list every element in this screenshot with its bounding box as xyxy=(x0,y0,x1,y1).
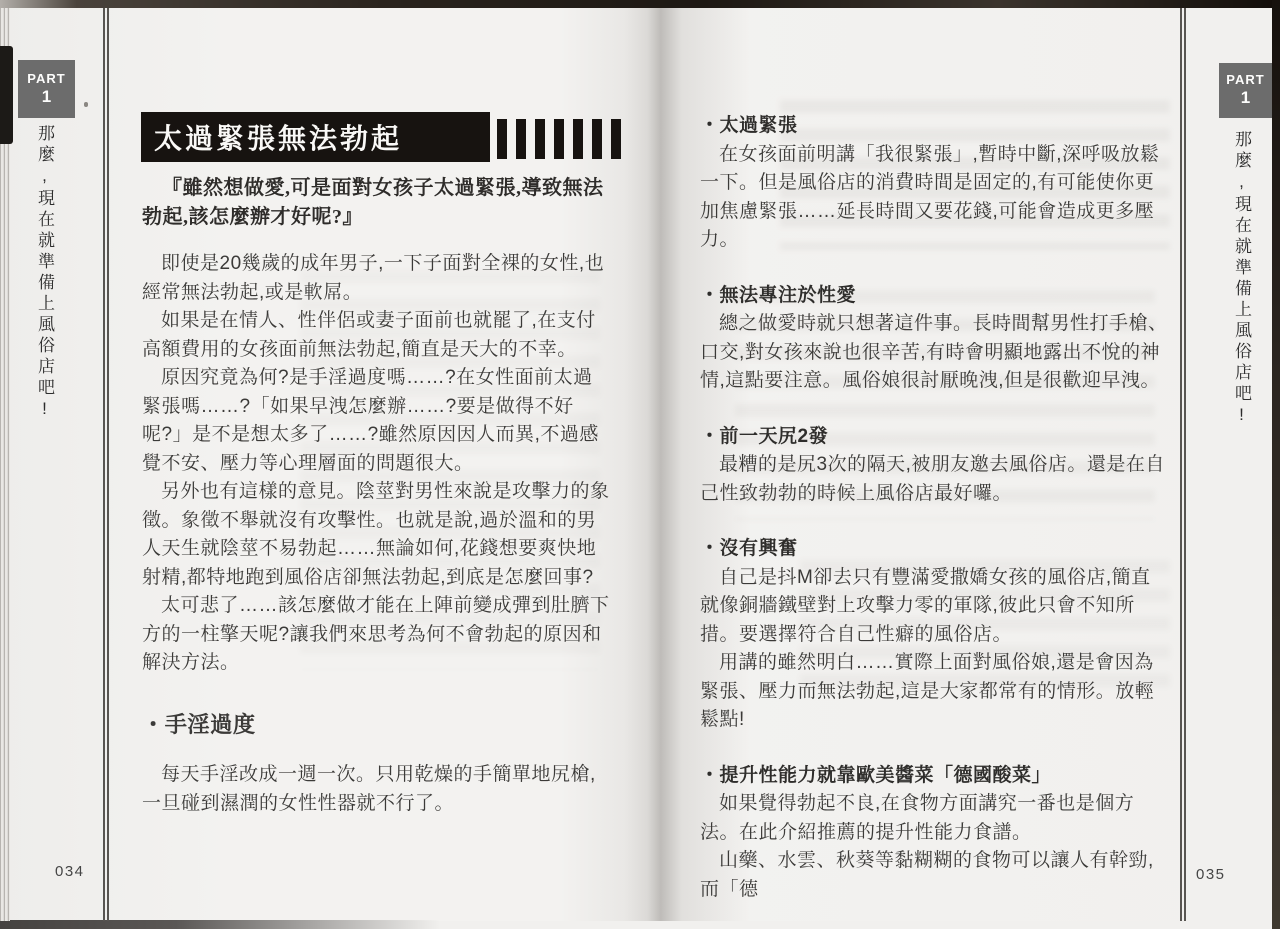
paragraph: 如果覺得勃起不良,在食物方面講究一番也是個方法。在此介紹推薦的提升性能力食譜。 xyxy=(700,790,1170,847)
right-page-body: ・太過緊張 在女孩面前明講「我很緊張」,暫時中斷,深呼吸放鬆一下。但是風俗店的消… xyxy=(700,112,1170,904)
stripe xyxy=(554,119,564,159)
paragraph: 最糟的是尻3次的隔天,被朋友邀去風俗店。還是在自己性致勃勃的時候上風俗店最好囉。 xyxy=(700,451,1170,508)
section-sauerkraut: ・提升性能力就靠歐美醬菜「德國酸菜」 如果覺得勃起不良,在食物方面講究一番也是個… xyxy=(700,762,1170,905)
part-tab-left: PART 1 xyxy=(18,60,75,118)
page-number-right: 035 xyxy=(1196,866,1226,883)
scan-edge-bottom xyxy=(0,920,440,929)
stripe xyxy=(573,119,583,159)
scan-blotch xyxy=(0,46,13,144)
section-heading: ・太過緊張 xyxy=(700,112,1170,141)
lead-quote: 『雖然想做愛,可是面對女孩子太過緊張,導致無法勃起,該怎麼辦才好呢?』 xyxy=(142,174,612,232)
subsection-heading: ・手淫過度 xyxy=(142,711,612,740)
page-stack-edge xyxy=(0,8,10,921)
stripe xyxy=(497,119,507,159)
scan-speck xyxy=(84,102,88,107)
section-cannot-focus: ・無法專注於性愛 總之做愛時就只想著這件事。長時間幫男性打手槍、口交,對女孩來說… xyxy=(700,282,1170,396)
section-heading: ・提升性能力就靠歐美醬菜「德國酸菜」 xyxy=(700,762,1170,791)
paragraph: 另外也有這樣的意見。陰莖對男性來說是攻擊力的象徵。象徵不舉就沒有攻擊性。也就是說… xyxy=(142,478,612,592)
paragraph: 在女孩面前明講「我很緊張」,暫時中斷,深呼吸放鬆一下。但是風俗店的消費時間是固定… xyxy=(700,141,1170,255)
paragraph: 如果是在情人、性伴侶或妻子面前也就罷了,在支付高額費用的女孩面前無法勃起,簡直是… xyxy=(142,307,612,364)
part-number: 1 xyxy=(1241,88,1250,108)
part-number: 1 xyxy=(42,87,51,107)
paragraph: 總之做愛時就只想著這件事。長時間幫男性打手槍、口交,對女孩來說也很辛苦,有時會明… xyxy=(700,310,1170,396)
page-number-left: 034 xyxy=(55,863,85,880)
paragraph: 每天手淫改成一週一次。只用乾燥的手簡單地尻槍,一旦碰到濕潤的女性性器就不行了。 xyxy=(142,761,612,818)
section-day-before: ・前一天尻2發 最糟的是尻3次的隔天,被朋友邀去風俗店。還是在自己性致勃勃的時候… xyxy=(700,423,1170,509)
section-title: 太過緊張無法勃起 xyxy=(141,117,402,157)
paragraph: 太可悲了……該怎麼做才能在上陣前變成彈到肚臍下方的一柱擎天呢?讓我們來思考為何不… xyxy=(142,592,612,678)
section-no-excitement: ・沒有興奮 自己是抖M卻去只有豐滿愛撒嬌女孩的風俗店,簡直就像銅牆鐵壁對上攻擊力… xyxy=(700,535,1170,735)
paragraph: 用講的雖然明白……實際上面對風俗娘,還是會因為緊張、壓力而無法勃起,這是大家都常… xyxy=(700,649,1170,735)
stripe-decoration xyxy=(497,119,621,159)
right-page-rule xyxy=(1180,8,1186,921)
left-page-body: 即使是20幾歲的成年男子,一下子面對全裸的女性,也經常無法勃起,或是軟屌。 如果… xyxy=(142,250,612,818)
part-label: PART xyxy=(27,72,65,87)
paragraph: 山藥、水雲、秋葵等黏糊糊的食物可以讓人有幹勁,而「德 xyxy=(700,847,1170,904)
subsection-masturbation: ・手淫過度 每天手淫改成一週一次。只用乾燥的手簡單地尻槍,一旦碰到濕潤的女性性器… xyxy=(142,711,612,819)
section-heading: ・前一天尻2發 xyxy=(700,423,1170,452)
section-heading: ・無法專注於性愛 xyxy=(700,282,1170,311)
stripe xyxy=(535,119,545,159)
paragraph: 原因究竟為何?是手淫過度嗎……?在女性面前太過緊張嗎……?「如果早洩怎麼辦……?… xyxy=(142,364,612,478)
paragraph: 即使是20幾歲的成年男子,一下子面對全裸的女性,也經常無法勃起,或是軟屌。 xyxy=(142,250,612,307)
stripe xyxy=(611,119,621,159)
chapter-title-vertical-left: 那麼,現在就準備上風俗店吧! xyxy=(36,124,53,424)
part-tab-right: PART 1 xyxy=(1219,63,1272,118)
chapter-title-vertical-right: 那麼,現在就準備上風俗店吧! xyxy=(1233,130,1250,440)
book-scan-spread: PART 1 那麼,現在就準備上風俗店吧! PART 1 那麼,現在就準備上風俗… xyxy=(0,0,1280,929)
part-label: PART xyxy=(1226,73,1264,88)
section-title-bar: 太過緊張無法勃起 xyxy=(141,112,490,162)
stripe xyxy=(516,119,526,159)
paragraph: 自己是抖M卻去只有豐滿愛撒嬌女孩的風俗店,簡直就像銅牆鐵壁對上攻擊力零的軍隊,彼… xyxy=(700,564,1170,650)
section-too-nervous: ・太過緊張 在女孩面前明講「我很緊張」,暫時中斷,深呼吸放鬆一下。但是風俗店的消… xyxy=(700,112,1170,255)
stripe xyxy=(592,119,602,159)
scan-edge-top xyxy=(0,0,1280,8)
scan-edge-right xyxy=(1272,0,1280,929)
left-page-rule xyxy=(103,8,109,921)
section-heading: ・沒有興奮 xyxy=(700,535,1170,564)
